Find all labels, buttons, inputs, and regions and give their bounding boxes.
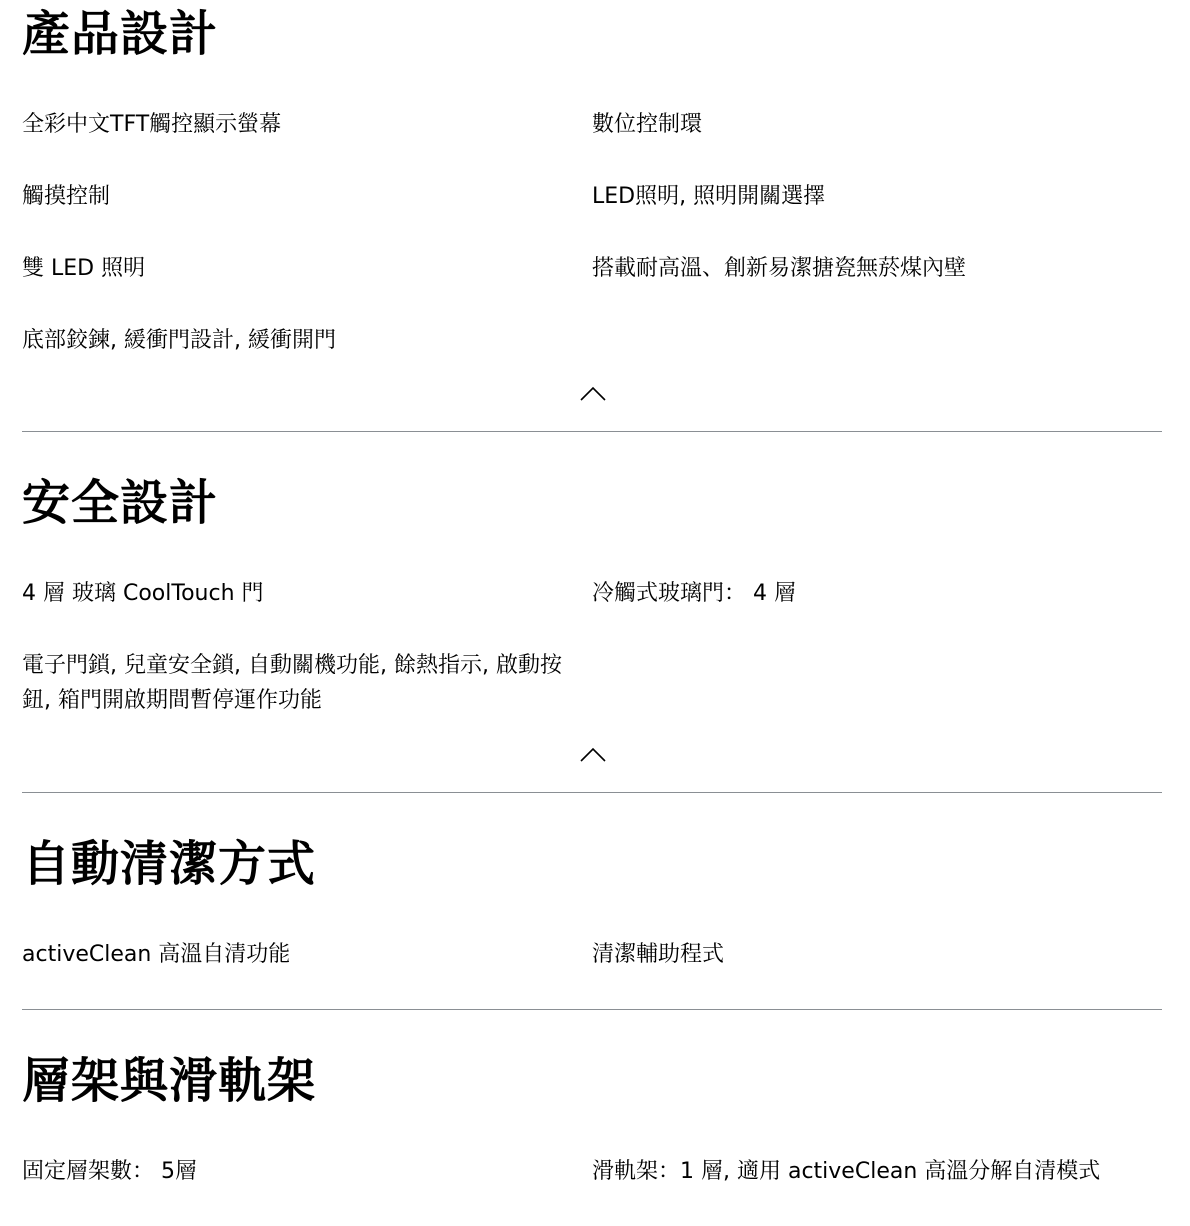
section-divider: [22, 431, 1162, 432]
section-title: 自動清潔方式: [22, 836, 316, 892]
section-divider: [22, 1009, 1162, 1010]
section-divider: [22, 792, 1162, 793]
chevron-up-icon: [580, 747, 606, 763]
feature-item: 底部鉸鍊, 緩衝門設計, 緩衝開門: [22, 323, 336, 358]
feature-item: 搭載耐高溫、創新易潔搪瓷無菸煤內壁: [592, 251, 966, 286]
feature-item: 4 層 玻璃 CoolTouch 門: [22, 576, 264, 611]
chevron-up-icon: [580, 386, 606, 402]
collapse-toggle-button[interactable]: [580, 386, 606, 402]
feature-item: LED照明, 照明開關選擇: [592, 179, 825, 214]
feature-item: 固定層架數： 5層: [22, 1154, 197, 1189]
feature-item: 觸摸控制: [22, 179, 110, 214]
feature-item: 全彩中文TFT觸控顯示螢幕: [22, 107, 281, 142]
feature-item: activeClean 高溫自清功能: [22, 937, 290, 972]
section-title: 產品設計: [22, 6, 218, 62]
feature-item: 冷觸式玻璃門： 4 層: [592, 576, 796, 611]
feature-item: 清潔輔助程式: [592, 937, 724, 972]
feature-item: 滑軌架：1 層, 適用 activeClean 高溫分解自清模式: [592, 1154, 1100, 1189]
feature-item: 雙 LED 照明: [22, 251, 145, 286]
section-title: 層架與滑軌架: [22, 1053, 316, 1109]
feature-item: 數位控制環: [592, 107, 702, 142]
section-title: 安全設計: [22, 475, 218, 531]
feature-item: 電子門鎖, 兒童安全鎖, 自動關機功能, 餘熱指示, 啟動按鈕, 箱門開啟期間暫…: [22, 648, 562, 718]
collapse-toggle-button[interactable]: [580, 747, 606, 763]
